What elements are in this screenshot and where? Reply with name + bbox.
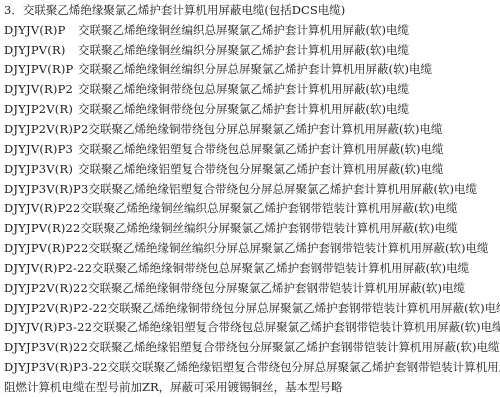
cable-description: 交联聚乙烯绝缘铜带绕包总屏聚氯乙烯护套计算机用屏蔽(软)电缆 [78, 81, 409, 97]
cable-row: DJYJP2V(R) 交联聚乙烯绝缘铜带绕包分屏聚氯乙烯护套计算机用屏蔽(软)电… [4, 99, 500, 119]
cable-description: 交联聚乙烯绝缘铜丝编织分屏总屏聚氯乙烯护套钢带铠装计算机用屏蔽(软)电缆 [88, 240, 488, 256]
cable-model-code: DJYJPV(R) [4, 43, 78, 57]
cable-description: 交联聚乙烯绝缘铝塑复合带绕包分屏聚氯乙烯护套钢带铠装计算机用屏蔽(软)电缆 [88, 339, 499, 355]
cable-row: DJYJV(R)P22 交联聚乙烯绝缘铜丝编织总屏聚氯乙烯护套钢带铠装计算机用屏… [4, 198, 500, 218]
cable-description: 交联聚乙烯绝缘铝塑复合带绕包总屏聚氯乙烯护套计算机用屏蔽(软)电缆 [78, 141, 443, 157]
cable-model-code: DJYJP3V(R) [4, 162, 78, 176]
cable-row: DJYJV(R)P3-22 交联聚乙烯绝缘铝塑复合带绕包总屏聚氯乙烯护套钢带铠装… [4, 318, 500, 338]
cable-description: 交联聚乙烯绝缘铝塑复合带绕包分屏总屏聚氯乙烯护套计算机用屏蔽(软)电缆 [88, 181, 476, 197]
cable-model-code: DJYJPV(R)P22 [4, 241, 88, 255]
cable-list: DJYJV(R)P 交联聚乙烯绝缘铜丝编织总屏聚氯乙烯护套计算机用屏蔽(软)电缆… [4, 20, 500, 377]
cable-description: 交联聚乙烯绝缘铝塑复合带绕包总屏聚氯乙烯护套钢带铠装计算机用屏蔽(软)电缆 [92, 319, 500, 335]
cable-model-code: DJYJV(R)P3 [4, 142, 78, 156]
cable-row: DJYJP3V(R)P3 交联聚乙烯绝缘铝塑复合带绕包分屏总屏聚氯乙烯护套计算机… [4, 179, 500, 199]
cable-row: DJYJPV(R) 交联聚乙烯绝缘铜丝编织分屏聚氯乙烯护套计算机用屏蔽(软)电缆 [4, 40, 500, 60]
cable-model-code: DJYJP2V(R)P2-22 [4, 301, 108, 315]
cable-description: 交联聚乙烯绝缘铜带绕包分屏聚氯乙烯护套钢带铠装计算机用屏蔽(软)电缆 [88, 280, 465, 296]
cable-row: DJYJP2V(R)P2 交联聚乙烯绝缘铜带绕包分屏总屏聚氯乙烯护套计算机用屏蔽… [4, 119, 500, 139]
cable-row: DJYJV(R)P 交联聚乙烯绝缘铜丝编织总屏聚氯乙烯护套计算机用屏蔽(软)电缆 [4, 20, 500, 40]
cable-row: DJYJPV(R)P 交联聚乙烯绝缘铜丝编织分屏总屏聚氯乙烯护套计算机用屏蔽(软… [4, 60, 500, 80]
cable-row: DJYJV(R)P2-22 交联聚乙烯绝缘铜带绕包总屏聚氯乙烯护套钢带铠装计算机… [4, 258, 500, 278]
section-title: 3．交联聚乙烯绝缘聚氯乙烯护套计算机用屏蔽电缆(包括DCS电缆) [4, 0, 500, 20]
cable-model-code: DJYJP3V(R)22 [4, 340, 88, 354]
cable-model-code: DJYJP3V(R)P3 [4, 182, 88, 196]
cable-model-code: DJYJPV(R)P [4, 62, 78, 76]
document-page: 3．交联聚乙烯绝缘聚氯乙烯护套计算机用屏蔽电缆(包括DCS电缆) DJYJV(R… [0, 0, 500, 397]
cable-row: DJYJPV(R)P22 交联聚乙烯绝缘铜丝编织分屏总屏聚氯乙烯护套钢带铠装计算… [4, 238, 500, 258]
cable-row: DJYJP3V(R) 交联聚乙烯绝缘铝塑复合带绕包分屏聚氯乙烯护套计算机用屏蔽(… [4, 159, 500, 179]
cable-description: 交联交联聚乙烯绝缘铝塑复合带绕包分屏总屏聚氯乙烯护套钢带铠装计算机用屏蔽(软)电… [108, 359, 500, 375]
cable-model-code: DJYJV(R)P2-22 [4, 261, 92, 275]
cable-description: 交联聚乙烯绝缘铜丝编织分屏聚氯乙烯护套钢带铠装计算机用屏蔽(软)电缆 [81, 220, 458, 236]
footer-note: 阻燃计算机电缆在型号前加ZR，屏蔽可采用镀锡铜丝，基本型号略 [4, 377, 500, 397]
cable-model-code: DJYJV(R)P2 [4, 82, 78, 96]
cable-row: DJYJP2V(R)22 交联聚乙烯绝缘铜带绕包分屏聚氯乙烯护套钢带铠装计算机用… [4, 278, 500, 298]
cable-description: 交联聚乙烯绝缘铜丝编织分屏聚氯乙烯护套计算机用屏蔽(软)电缆 [78, 42, 409, 58]
cable-description: 交联聚乙烯绝缘铜丝编织总屏聚氯乙烯护套计算机用屏蔽(软)电缆 [78, 22, 409, 38]
cable-row: DJYJPV(R)22 交联聚乙烯绝缘铜丝编织分屏聚氯乙烯护套钢带铠装计算机用屏… [4, 218, 500, 238]
cable-model-code: DJYJV(R)P3-22 [4, 320, 92, 334]
cable-description: 交联聚乙烯绝缘铜带绕包分屏总屏聚氯乙烯护套计算机用屏蔽(软)电缆 [88, 121, 442, 137]
cable-description: 交联聚乙烯绝缘铜丝编织分屏总屏聚氯乙烯护套计算机用屏蔽(软)电缆 [78, 61, 432, 77]
cable-row: DJYJP3V(R)P3-22 交联交联聚乙烯绝缘铝塑复合带绕包分屏总屏聚氯乙烯… [4, 357, 500, 377]
cable-description: 交联聚乙烯绝缘铜丝编织总屏聚氯乙烯护套钢带铠装计算机用屏蔽(软)电缆 [81, 200, 458, 216]
cable-model-code: DJYJPV(R)22 [4, 221, 81, 235]
cable-model-code: DJYJP2V(R)P2 [4, 122, 88, 136]
cable-model-code: DJYJP2V(R)22 [4, 281, 88, 295]
cable-row: DJYJP3V(R)22 交联聚乙烯绝缘铝塑复合带绕包分屏聚氯乙烯护套钢带铠装计… [4, 337, 500, 357]
cable-description: 交联聚乙烯绝缘铜带绕包分屏聚氯乙烯护套计算机用屏蔽(软)电缆 [78, 101, 409, 117]
cable-description: 交联聚乙烯绝缘铜带绕包总屏聚氯乙烯护套钢带铠装计算机用屏蔽(软)电缆 [92, 260, 469, 276]
cable-model-code: DJYJV(R)P [4, 23, 78, 37]
cable-model-code: DJYJP2V(R) [4, 102, 78, 116]
cable-row: DJYJV(R)P2 交联聚乙烯绝缘铜带绕包总屏聚氯乙烯护套计算机用屏蔽(软)电… [4, 79, 500, 99]
cable-model-code: DJYJP3V(R)P3-22 [4, 360, 108, 374]
cable-model-code: DJYJV(R)P22 [4, 201, 81, 215]
cable-description: 交联聚乙烯绝缘铜带绕包分屏总屏聚氯乙烯护套钢带铠装计算机用屏蔽(软)电缆 [108, 300, 500, 316]
cable-row: DJYJP2V(R)P2-22 交联聚乙烯绝缘铜带绕包分屏总屏聚氯乙烯护套钢带铠… [4, 298, 500, 318]
cable-description: 交联聚乙烯绝缘铝塑复合带绕包分屏聚氯乙烯护套计算机用屏蔽(软)电缆 [78, 161, 443, 177]
cable-row: DJYJV(R)P3 交联聚乙烯绝缘铝塑复合带绕包总屏聚氯乙烯护套计算机用屏蔽(… [4, 139, 500, 159]
